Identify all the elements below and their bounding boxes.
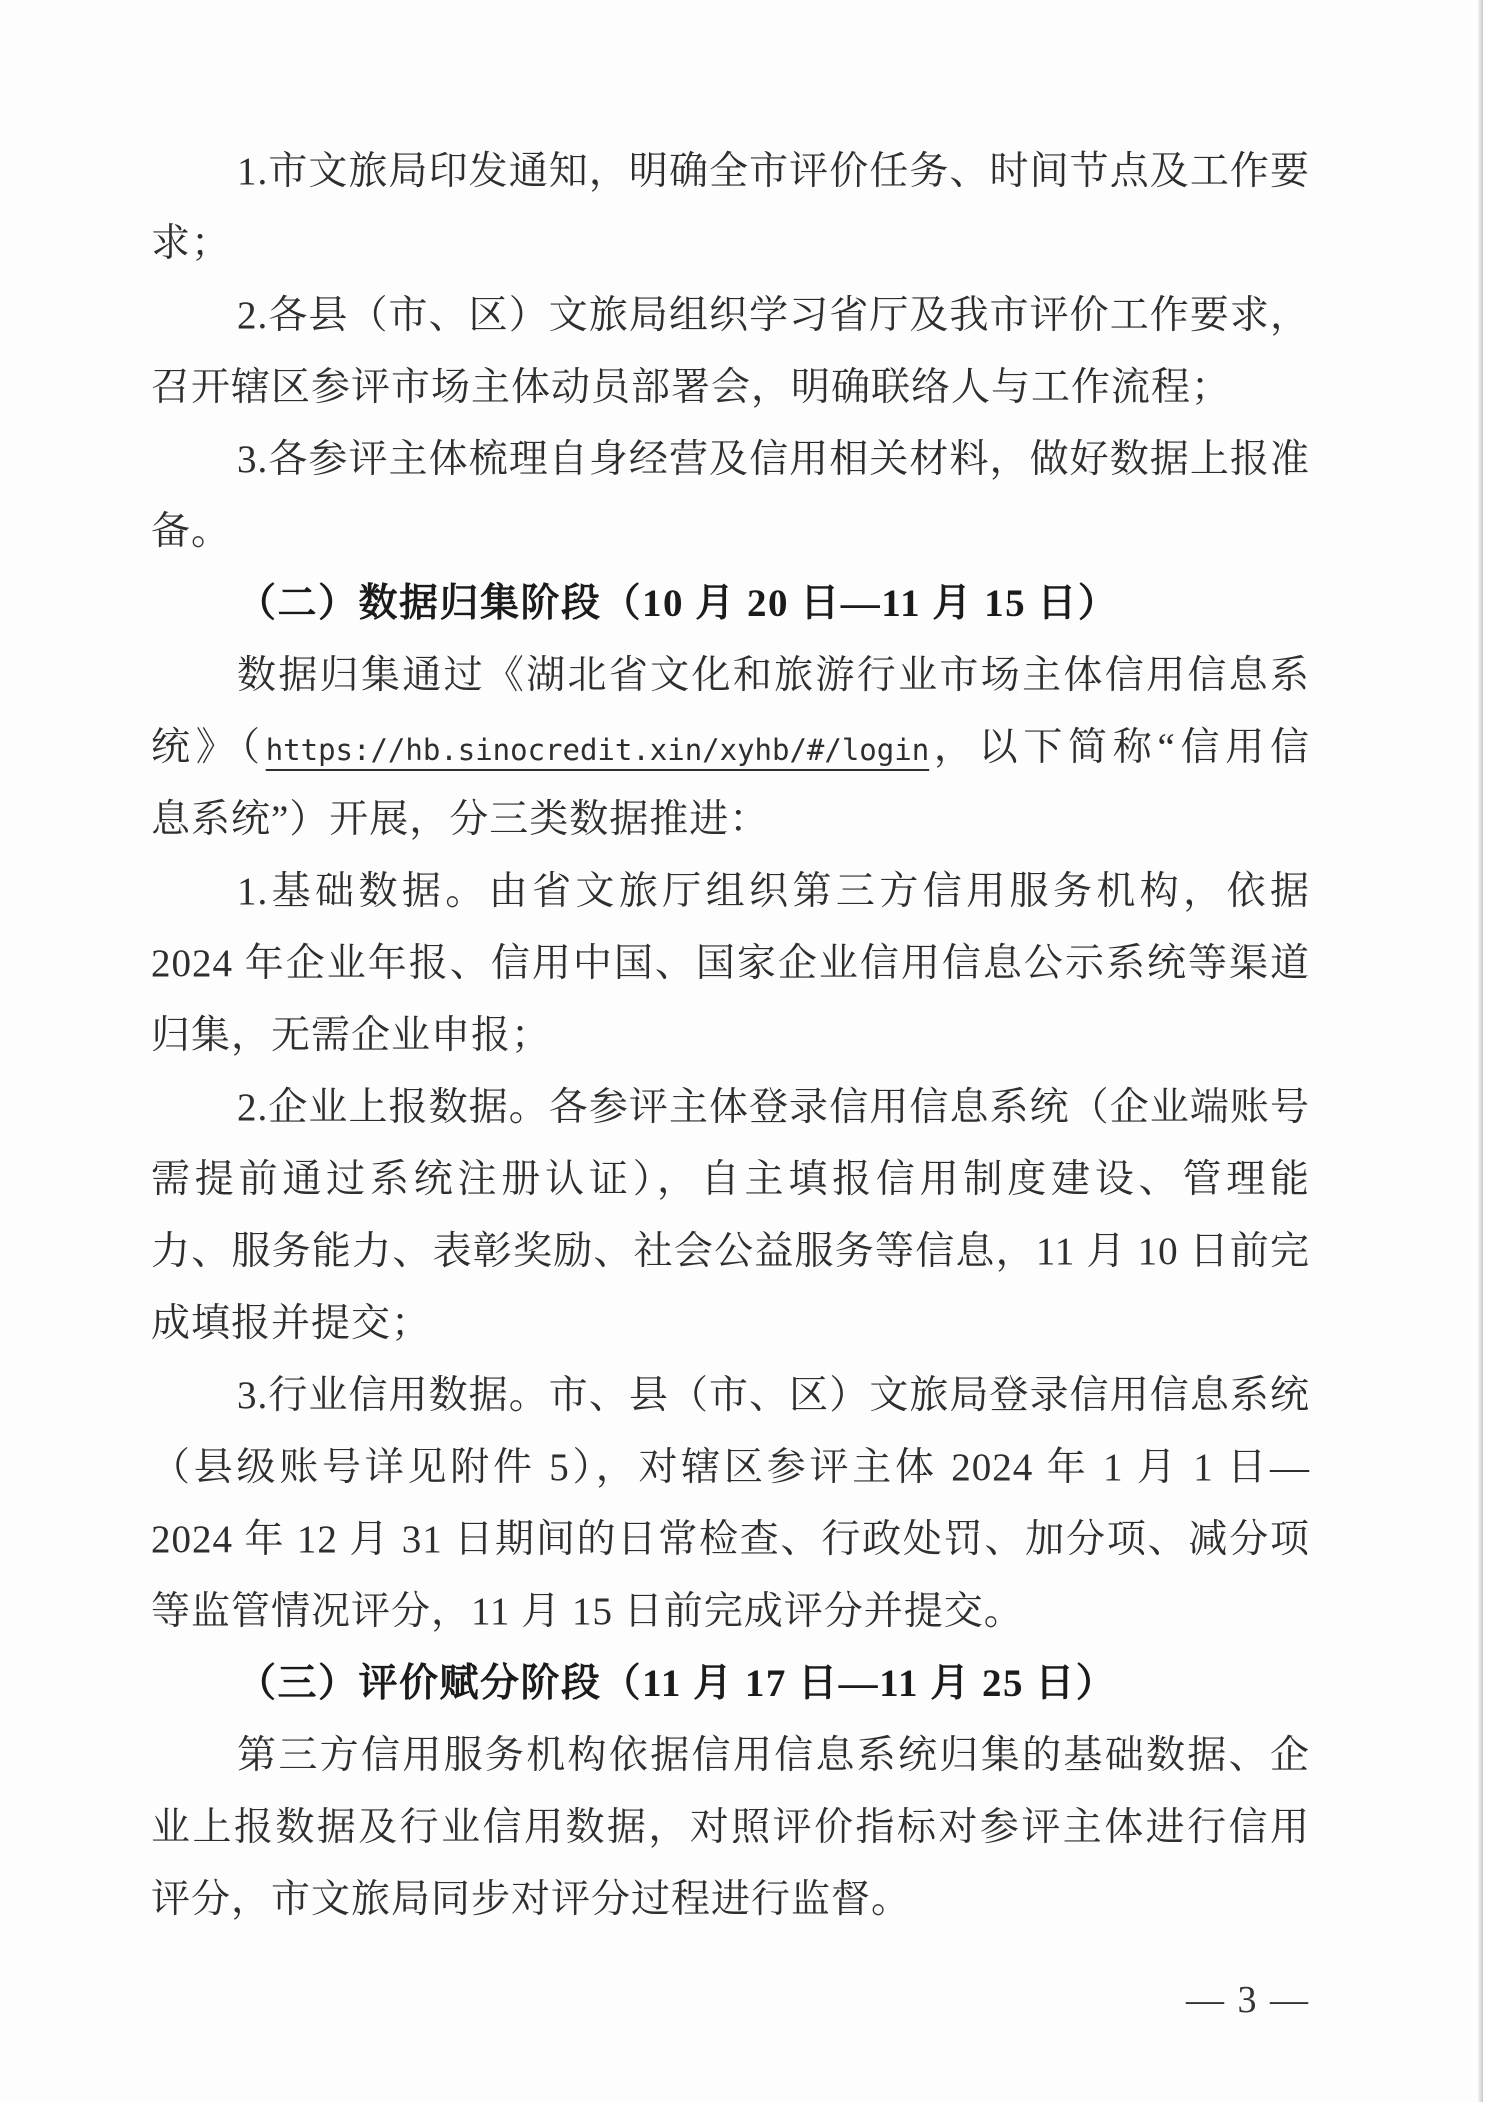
text-line: 2.企业上报数据。各参评主体登录信用信息系统（企业端账号 <box>151 1072 1310 1144</box>
text-segment: 第三方信用服务机构依据信用信息系统归集的基础数据、企 <box>237 1734 1310 1777</box>
text-line: 第三方信用服务机构依据信用信息系统归集的基础数据、企 <box>151 1720 1310 1792</box>
text-segment: 3.各参评主体梳理自身经营及信用相关材料，做好数据上报准 <box>237 438 1310 481</box>
text-line: 2024 年 12 月 31 日期间的日常检查、行政处罚、加分项、减分项 <box>151 1504 1310 1576</box>
text-line: 息系统”）开展，分三类数据推进： <box>151 784 1310 856</box>
text-line: 1.市文旅局印发通知，明确全市评价任务、时间节点及工作要 <box>151 136 1310 208</box>
text-line: 力、服务能力、表彰奖励、社会公益服务等信息，11 月 10 日前完 <box>151 1216 1310 1288</box>
text-line: 数据归集通过《湖北省文化和旅游行业市场主体信用信息系 <box>151 640 1310 712</box>
text-line: 成填报并提交； <box>151 1288 1310 1360</box>
text-segment: 1.基础数据。由省文旅厅组织第三方信用服务机构，依据 <box>237 870 1310 913</box>
document-body: 1.市文旅局印发通知，明确全市评价任务、时间节点及工作要求；2.各县（市、区）文… <box>151 136 1310 1936</box>
text-line: 评分，市文旅局同步对评分过程进行监督。 <box>151 1864 1310 1936</box>
section-heading: （二）数据归集阶段（10 月 20 日—11 月 15 日） <box>151 568 1310 640</box>
text-segment: （三）评价赋分阶段（11 月 17 日—11 月 25 日） <box>237 1662 1116 1705</box>
text-line: 2.各县（市、区）文旅局组织学习省厅及我市评价工作要求， <box>151 280 1310 352</box>
text-line: 需提前通过系统注册认证），自主填报信用制度建设、管理能 <box>151 1144 1310 1216</box>
document-page: 1.市文旅局印发通知，明确全市评价任务、时间节点及工作要求；2.各县（市、区）文… <box>0 0 1487 2102</box>
url-text: https://hb.sinocredit.xin/xyhb/#/login <box>266 733 929 767</box>
text-line: 召开辖区参评市场主体动员部署会，明确联络人与工作流程； <box>151 352 1310 424</box>
scan-edge-artifact <box>1478 0 1483 2102</box>
text-segment: 力、服务能力、表彰奖励、社会公益服务等信息，11 月 10 日前完 <box>151 1230 1310 1273</box>
text-line: 归集，无需企业申报； <box>151 1000 1310 1072</box>
text-segment: 求； <box>151 222 231 265</box>
text-segment: 统》（ <box>151 726 266 769</box>
text-line: （县级账号详见附件 5），对辖区参评主体 2024 年 1 月 1 日— <box>151 1432 1310 1504</box>
text-segment: （县级账号详见附件 5），对辖区参评主体 2024 年 1 月 1 日— <box>151 1446 1310 1489</box>
text-line: 统》（https://hb.sinocredit.xin/xyhb/#/logi… <box>151 712 1310 784</box>
text-segment: 息系统”）开展，分三类数据推进： <box>151 798 769 841</box>
page-number: — 3 — <box>151 1975 1310 2025</box>
text-segment: 1.市文旅局印发通知，明确全市评价任务、时间节点及工作要 <box>237 150 1310 193</box>
text-segment: 备。 <box>151 510 231 553</box>
text-segment: ，以下简称“信用信 <box>929 726 1310 769</box>
text-segment: 等监管情况评分，11 月 15 日前完成评分并提交。 <box>151 1590 1024 1633</box>
text-line: 1.基础数据。由省文旅厅组织第三方信用服务机构，依据 <box>151 856 1310 928</box>
text-line: 求； <box>151 208 1310 280</box>
text-segment: 3.行业信用数据。市、县（市、区）文旅局登录信用信息系统 <box>237 1374 1310 1417</box>
text-line: 业上报数据及行业信用数据，对照评价指标对参评主体进行信用 <box>151 1792 1310 1864</box>
text-segment: 2024 年企业年报、信用中国、国家企业信用信息公示系统等渠道 <box>151 942 1310 985</box>
text-segment: 评分，市文旅局同步对评分过程进行监督。 <box>151 1878 911 1921</box>
text-segment: 2024 年 12 月 31 日期间的日常检查、行政处罚、加分项、减分项 <box>151 1518 1310 1561</box>
text-segment: 需提前通过系统注册认证），自主填报信用制度建设、管理能 <box>151 1158 1310 1201</box>
text-line: 2024 年企业年报、信用中国、国家企业信用信息公示系统等渠道 <box>151 928 1310 1000</box>
text-segment: 业上报数据及行业信用数据，对照评价指标对参评主体进行信用 <box>151 1806 1310 1849</box>
text-segment: 召开辖区参评市场主体动员部署会，明确联络人与工作流程； <box>151 366 1231 409</box>
text-segment: 2.各县（市、区）文旅局组织学习省厅及我市评价工作要求， <box>237 294 1310 337</box>
text-segment: 成填报并提交； <box>151 1302 431 1345</box>
text-segment: 归集，无需企业申报； <box>151 1014 551 1057</box>
text-line: 备。 <box>151 496 1310 568</box>
text-segment: 数据归集通过《湖北省文化和旅游行业市场主体信用信息系 <box>237 654 1310 697</box>
text-segment: 2.企业上报数据。各参评主体登录信用信息系统（企业端账号 <box>237 1086 1310 1129</box>
text-line: 3.各参评主体梳理自身经营及信用相关材料，做好数据上报准 <box>151 424 1310 496</box>
text-line: 3.行业信用数据。市、县（市、区）文旅局登录信用信息系统 <box>151 1360 1310 1432</box>
section-heading: （三）评价赋分阶段（11 月 17 日—11 月 25 日） <box>151 1648 1310 1720</box>
text-segment: （二）数据归集阶段（10 月 20 日—11 月 15 日） <box>237 582 1118 625</box>
text-line: 等监管情况评分，11 月 15 日前完成评分并提交。 <box>151 1576 1310 1648</box>
